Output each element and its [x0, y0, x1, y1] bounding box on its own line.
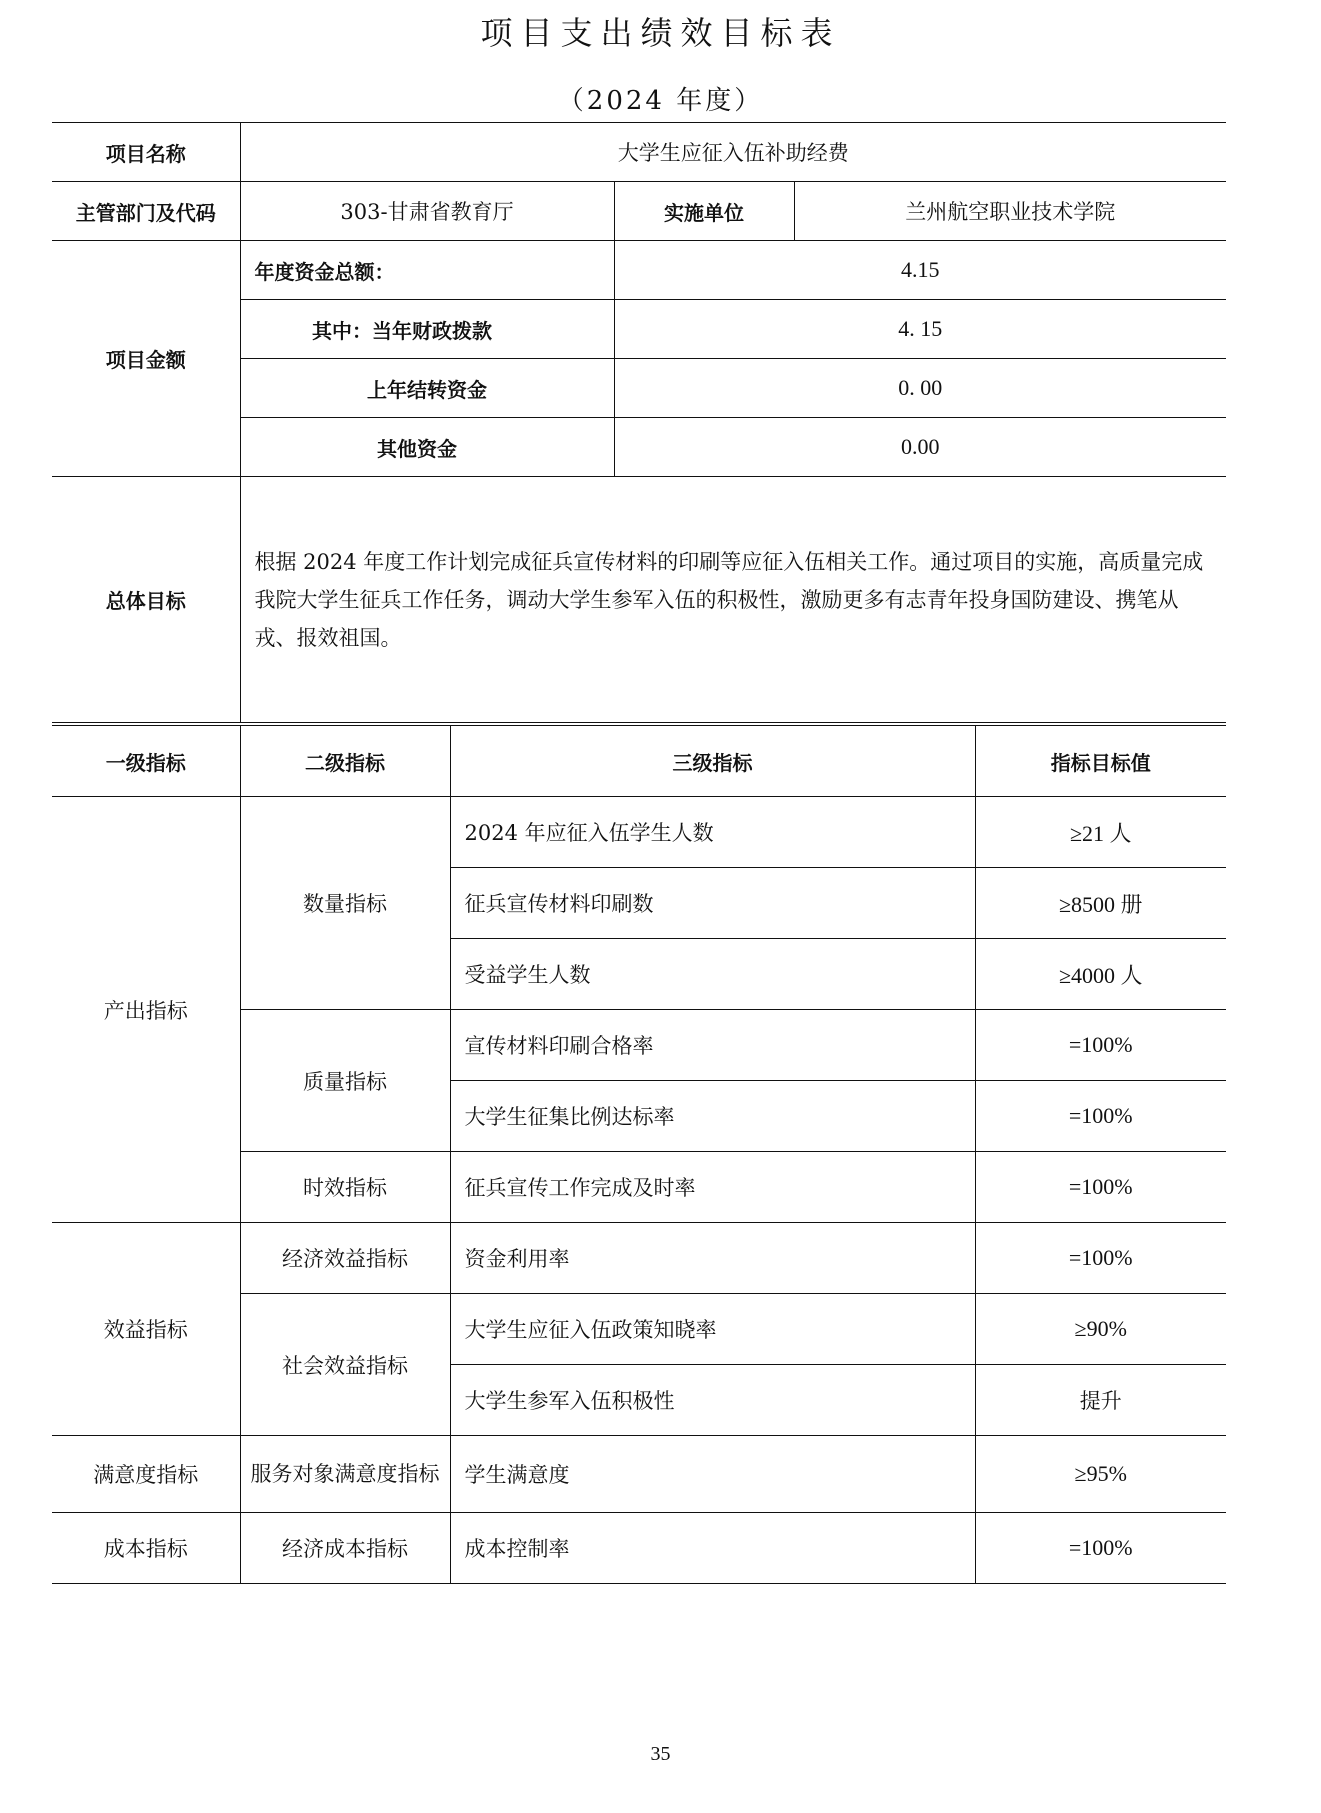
indicator-target: ≥8500 册	[975, 868, 1226, 939]
indicator-name: 宣传材料印刷合格率	[450, 1010, 975, 1081]
indicator-target: 提升	[975, 1365, 1226, 1436]
project-name-value: 大学生应征入伍补助经费	[240, 123, 1226, 182]
year-subtitle: （2024 年度）	[0, 80, 1321, 117]
page-title: 项目支出绩效目标表	[0, 8, 1321, 54]
amount-total-value: 4.15	[614, 241, 1226, 300]
level2-economic-benefit: 经济效益指标	[240, 1223, 450, 1294]
dept-value: 303-甘肃省教育厅	[240, 182, 614, 241]
amount-fiscal-value: 4. 15	[614, 300, 1226, 359]
level1-cost: 成本指标	[52, 1513, 240, 1584]
header-level1: 一级指标	[52, 726, 240, 797]
indicator-target: ≥4000 人	[975, 939, 1226, 1010]
level2-quality: 质量指标	[240, 1010, 450, 1152]
indicator-name: 成本控制率	[450, 1513, 975, 1584]
amount-total-label: 年度资金总额：	[240, 241, 614, 300]
level1-satisfaction: 满意度指标	[52, 1436, 240, 1513]
dept-label: 主管部门及代码	[52, 182, 240, 241]
indicator-name: 受益学生人数	[450, 939, 975, 1010]
amount-carryover-label: 上年结转资金	[240, 359, 614, 418]
indicator-target: =100%	[975, 1513, 1226, 1584]
indicator-name: 资金利用率	[450, 1223, 975, 1294]
indicator-target: =100%	[975, 1010, 1226, 1081]
project-info-table: 项目名称 大学生应征入伍补助经费 主管部门及代码 303-甘肃省教育厅 实施单位…	[52, 122, 1226, 723]
header-level2: 二级指标	[240, 726, 450, 797]
level2-economic-cost: 经济成本指标	[240, 1513, 450, 1584]
amount-label: 项目金额	[52, 241, 240, 477]
level2-service-satisfaction: 服务对象满意度指标	[240, 1436, 450, 1513]
level2-timeliness: 时效指标	[240, 1152, 450, 1223]
page-number: 35	[0, 1743, 1321, 1766]
level1-output: 产出指标	[52, 797, 240, 1223]
indicator-target: ≥90%	[975, 1294, 1226, 1365]
indicator-name: 大学生征集比例达标率	[450, 1081, 975, 1152]
amount-carryover-value: 0. 00	[614, 359, 1226, 418]
indicator-target: ≥95%	[975, 1436, 1226, 1513]
overall-goal-label: 总体目标	[52, 477, 240, 723]
level1-benefit: 效益指标	[52, 1223, 240, 1436]
indicator-target: =100%	[975, 1223, 1226, 1294]
indicator-target: =100%	[975, 1081, 1226, 1152]
unit-label: 实施单位	[614, 182, 794, 241]
amount-fiscal-label: 其中：当年财政拨款	[240, 300, 614, 359]
project-name-label: 项目名称	[52, 123, 240, 182]
header-target: 指标目标值	[975, 726, 1226, 797]
amount-other-label: 其他资金	[240, 418, 614, 477]
amount-other-value: 0.00	[614, 418, 1226, 477]
indicator-target: =100%	[975, 1152, 1226, 1223]
indicator-name: 大学生参军入伍积极性	[450, 1365, 975, 1436]
indicator-name: 征兵宣传材料印刷数	[450, 868, 975, 939]
overall-goal-text: 根据 2024 年度工作计划完成征兵宣传材料的印刷等应征入伍相关工作。通过项目的…	[240, 477, 1226, 723]
header-level3: 三级指标	[450, 726, 975, 797]
indicator-name: 征兵宣传工作完成及时率	[450, 1152, 975, 1223]
level2-social-benefit: 社会效益指标	[240, 1294, 450, 1436]
level2-quantity: 数量指标	[240, 797, 450, 1010]
indicator-name: 大学生应征入伍政策知晓率	[450, 1294, 975, 1365]
indicator-table: 一级指标 二级指标 三级指标 指标目标值 产出指标 数量指标 2024 年应征入…	[52, 725, 1226, 1584]
indicator-name: 2024 年应征入伍学生人数	[450, 797, 975, 868]
indicator-name: 学生满意度	[450, 1436, 975, 1513]
indicator-target: ≥21 人	[975, 797, 1226, 868]
unit-value: 兰州航空职业技术学院	[794, 182, 1226, 241]
